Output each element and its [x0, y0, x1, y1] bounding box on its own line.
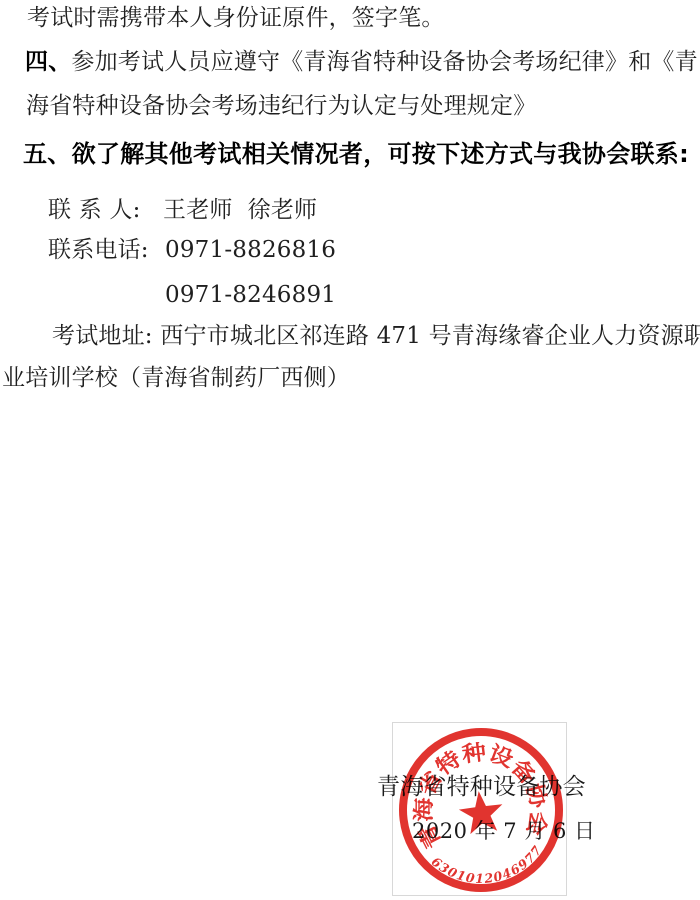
body-line-carry-over: 考试时需携带本人身份证原件，签字笔。: [27, 6, 445, 31]
document-page: 考试时需携带本人身份证原件，签字笔。 四、参加考试人员应遵守《青海省特种设备协会…: [0, 0, 700, 900]
svg-text:6301012046977: 6301012046977: [427, 841, 548, 893]
body-item4-line1: 四、参加考试人员应遵守《青海省特种设备协会考场纪律》和《青: [25, 50, 698, 75]
contact-phone-label: 联系电话:: [48, 238, 149, 263]
contact-phone-secondary: 0971-8246891: [165, 283, 336, 308]
contact-person-value: 王老师 徐老师: [163, 198, 317, 223]
address-label: 考试地址:: [52, 323, 153, 349]
item4-number: 四、: [25, 48, 71, 75]
seal-graphic: 青海省特种设备协会 6301012046977: [393, 723, 566, 895]
contact-person-label: 联 系 人:: [48, 198, 141, 223]
contact-address-line2: 业培训学校（青海省制药厂西侧）: [2, 366, 350, 391]
contact-phone-primary: 0971-8826816: [165, 238, 336, 263]
body-item5: 五、欲了解其他考试相关情况者，可按下述方式与我协会联系:: [23, 142, 689, 168]
contact-address-line1: 考试地址: 西宁市城北区祁连路 471 号青海缘睿企业人力资源职: [52, 324, 700, 349]
seal-serial-number: 6301012046977: [427, 841, 548, 893]
item4-text: 参加考试人员应遵守《青海省特种设备协会考场纪律》和《青: [71, 49, 697, 75]
body-item4-line2: 海省特种设备协会考场违纪行为认定与处理规定》: [26, 94, 536, 119]
official-seal-stamp: 青海省特种设备协会 6301012046977: [392, 722, 567, 896]
seal-star-icon: [457, 788, 506, 835]
address-text: 西宁市城北区祁连路 471 号青海缘睿企业人力资源职: [160, 323, 700, 349]
